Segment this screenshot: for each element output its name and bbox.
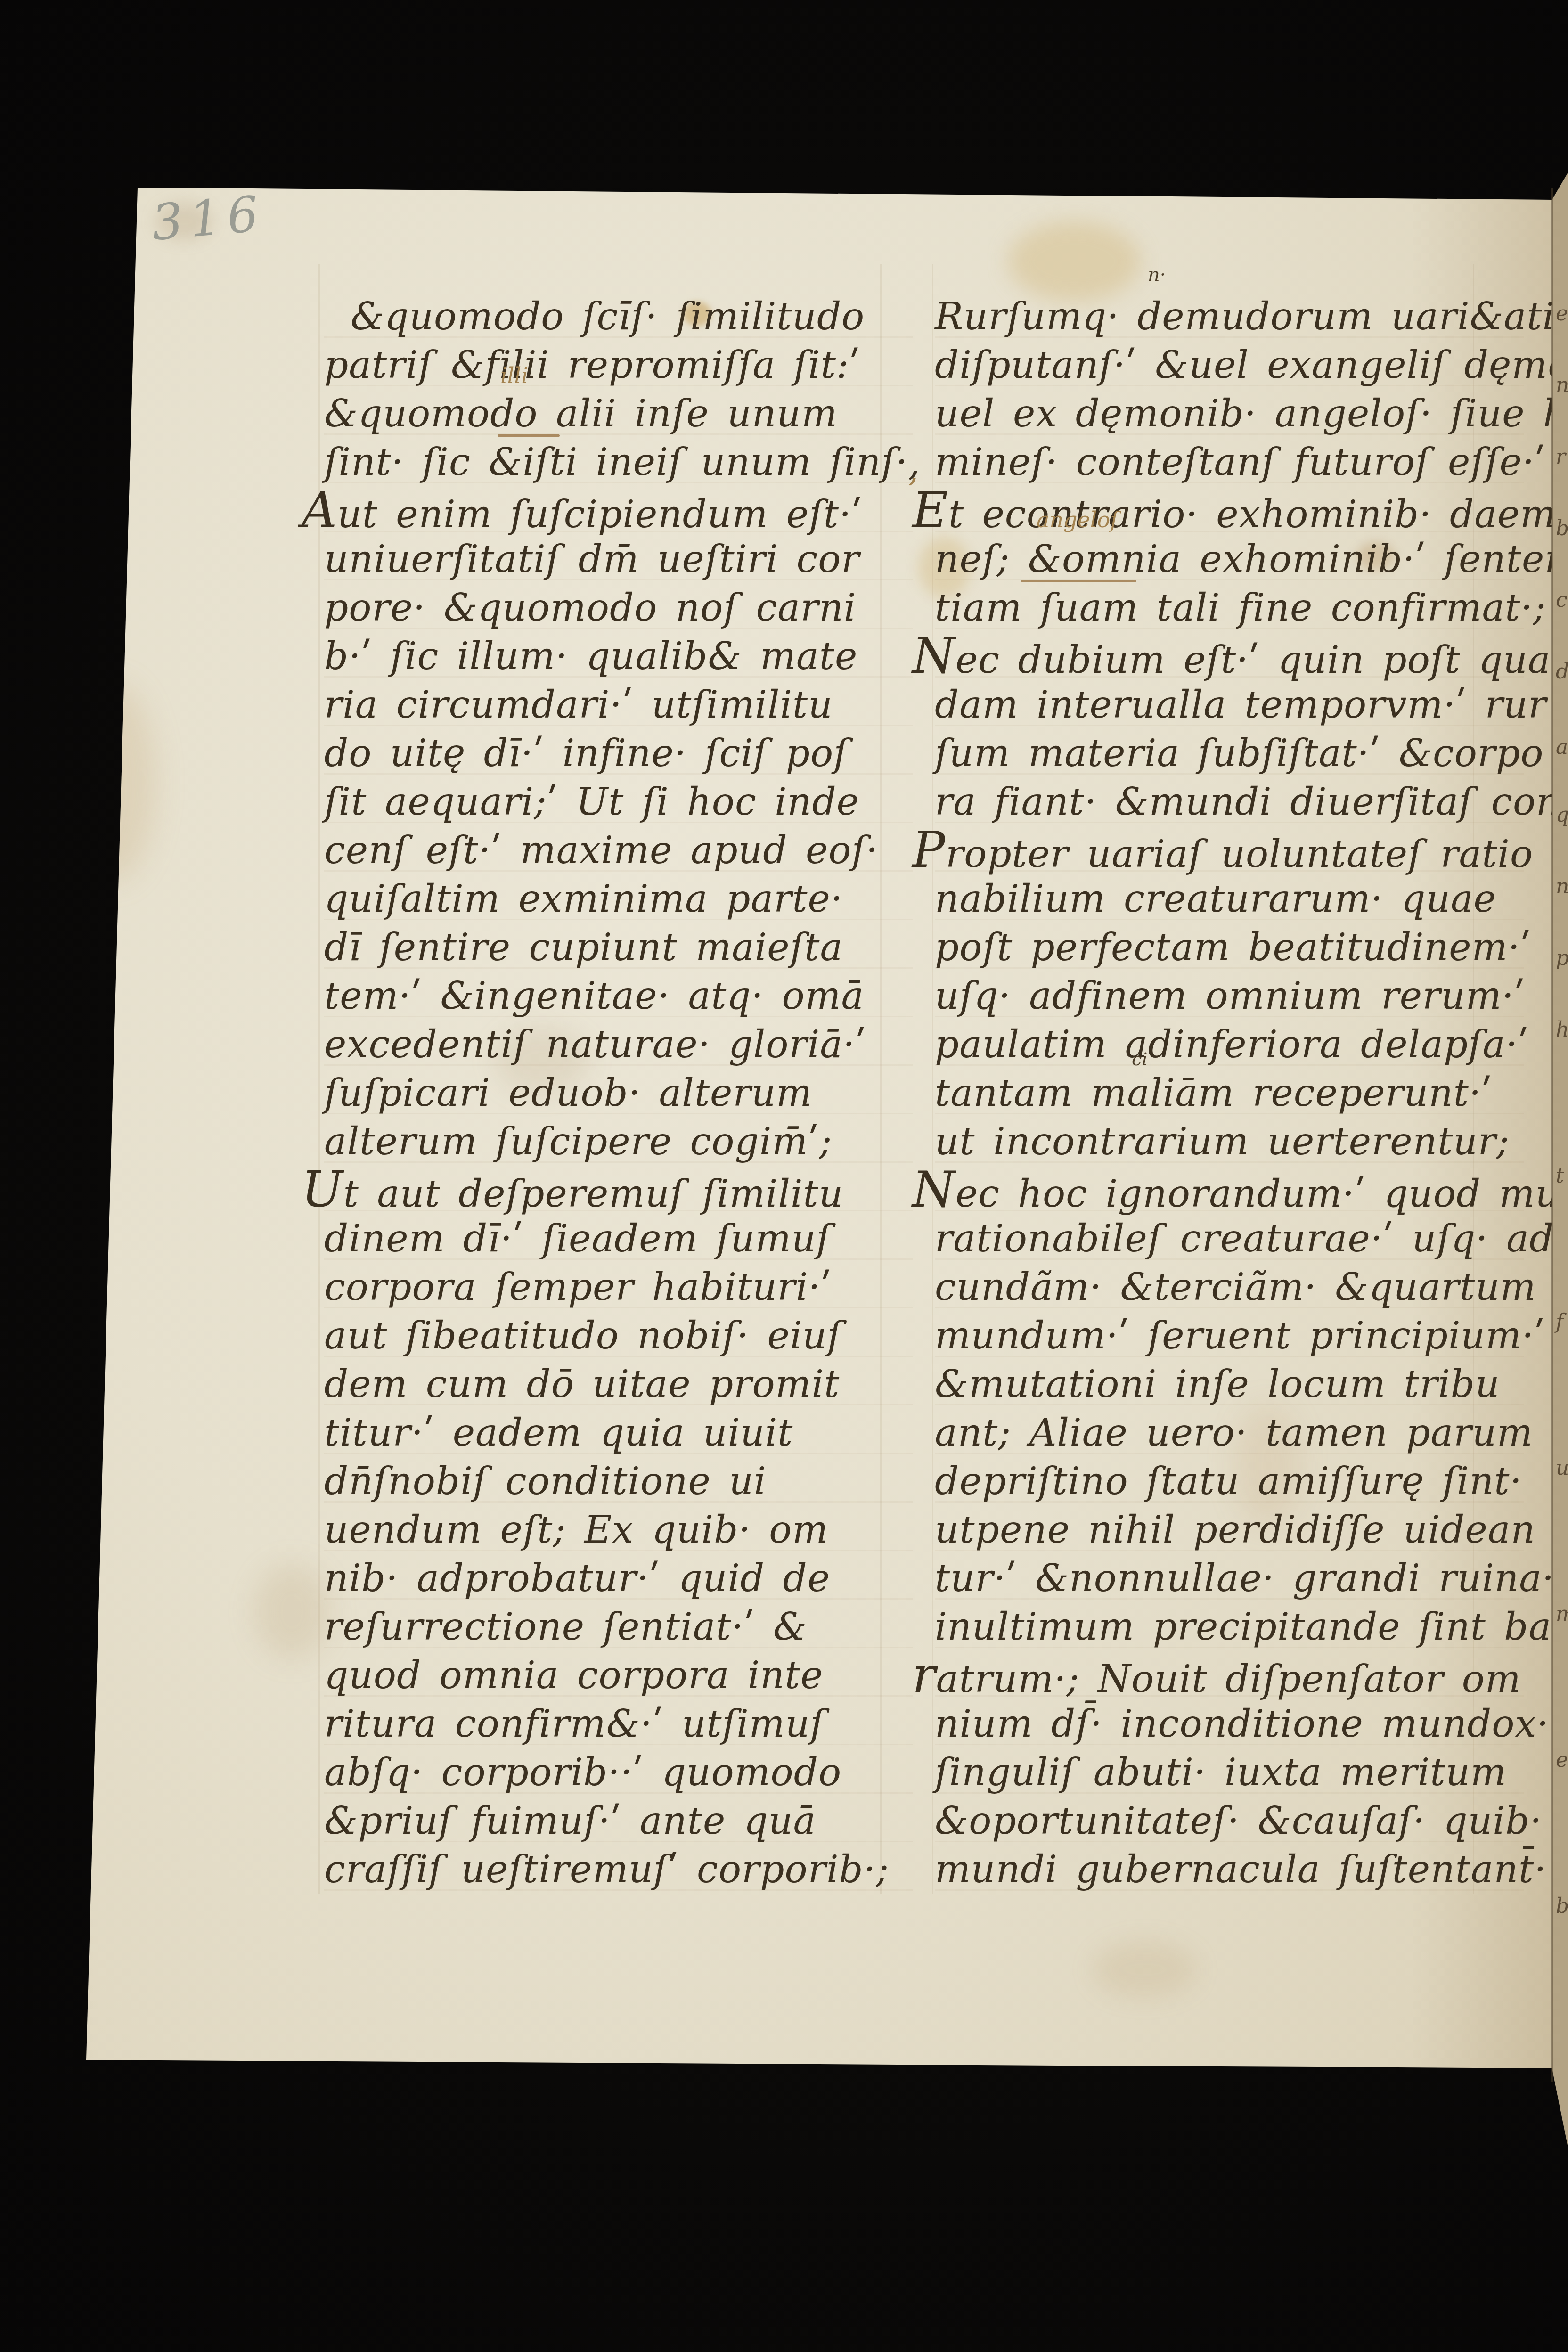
edge-letter-fragment: p: [1556, 946, 1568, 970]
stain: [71, 683, 155, 881]
manuscript-line: Nec hoc ignorandum·ʹ quod multę: [912, 1166, 1524, 1214]
edge-letter-fragment: b: [1556, 1894, 1568, 1918]
manuscript-line: tem·ʹ &ingenitae· atq· omā: [324, 972, 913, 1020]
manuscript-line: mundum·ʹ ſeruent principium·ʹ: [935, 1311, 1524, 1360]
manuscript-line: alterum ſuſcipere cogim̄ʹ;: [324, 1117, 913, 1166]
manuscript-line: Nec dubium eſt·ʹ quin poſt quae: [912, 632, 1524, 680]
manuscript-line: ſit aequari;ʹ Ut ſi hoc inde: [324, 777, 913, 826]
manuscript-line: uel ex dęmonib· angeloſ· ſiue ho: [935, 389, 1524, 438]
manuscript-line: do uitę dī·ʹ infine· ſciſ poſ: [324, 729, 913, 777]
edge-letter-fragment: f: [1556, 1310, 1563, 1334]
page-fold-shadow: [1551, 188, 1553, 2082]
manuscript-line: depriſtino ſtatu amiſſurę ſint·: [935, 1457, 1524, 1505]
manuscript-line: dem cum dō uitae promit: [324, 1360, 913, 1408]
manuscript-line: ut incontrarium uerterentur;: [935, 1117, 1524, 1166]
manuscript-line: mineſ· conteſtanſ futuroſ eſſe·ʹ: [935, 438, 1524, 486]
manuscript-line: diſputanſ·ʹ &uel exangeliſ dęmoneſ·: [935, 341, 1524, 389]
manuscript-line: pore· &quomodo noſ carni: [324, 583, 913, 632]
manuscript-line: poſt perfectam beatitudinem·ʹ: [935, 923, 1524, 972]
edge-letter-fragment: q: [1556, 803, 1568, 827]
manuscript-line: titur·ʹ eadem quia uiuit: [324, 1408, 913, 1457]
manuscript-line: ant; Aliae uero· tamen parum: [935, 1408, 1524, 1457]
manuscript-line: abſq· corporib··ʹ quomodo: [324, 1748, 913, 1797]
manuscript-line: ſinguliſ abuti· iuxta meritum: [935, 1748, 1524, 1797]
manuscript-line: nabilium creaturarum· quae: [935, 874, 1524, 923]
edge-letter-fragment: u: [1556, 1456, 1568, 1480]
interlinear-superscript-ci: ci: [1132, 1049, 1147, 1070]
manuscript-line: &quomodo alii inſe unum: [324, 389, 913, 438]
manuscript-line: ſint· ſic &iſti ineiſ unum ſinſ·,: [324, 438, 913, 486]
text-column-left: &quomodo ſcīſ· ſimilitudopatriſ &filii r…: [324, 292, 913, 1894]
interlinear-superscript-n: n·: [1148, 264, 1166, 286]
manuscript-line: uſq· adfinem omnium rerum·ʹ: [935, 972, 1524, 1020]
manuscript-line: patriſ &filii repromiſſa ſit:ʹ: [324, 341, 913, 389]
interlinear-correction-angelos: angeloſ: [1037, 507, 1118, 532]
manuscript-line: inultimum precipitande ſint ba: [935, 1602, 1524, 1651]
manuscript-line: &oportunitateſ· &cauſaſ· quib·: [935, 1797, 1524, 1845]
manuscript-line: utpene nihil perdidiſſe uidean: [935, 1505, 1524, 1554]
manuscript-line: excedentiſ naturae· gloriā·ʹ: [324, 1020, 913, 1069]
manuscript-line: cundãm· &terciãm· &quartum: [935, 1263, 1524, 1311]
manuscript-line: uendum eſt; Ex quib· om: [324, 1505, 913, 1554]
edge-letter-fragment: c: [1556, 588, 1568, 612]
text-column-right: Rurſumq· demudorum uari&atib·diſputanſ·ʹ…: [935, 292, 1524, 1894]
manuscript-line: Et econtrario· exhominib· daemo: [912, 486, 1524, 535]
edge-letter-fragment: b: [1556, 516, 1568, 540]
edge-letter-fragment: e: [1556, 1748, 1568, 1772]
manuscript-line: reſurrectione ſentiat·ʹ &: [324, 1602, 913, 1651]
manuscript-line: ra fiant· &mundi diuerſitaſ conſtruatʹ·,: [935, 777, 1524, 826]
manuscript-line: neſ; &omnia exhominib·ʹ ſenten: [935, 535, 1524, 583]
manuscript-line: cenſ eſt·ʹ maxime apud eoſ·: [324, 826, 913, 874]
manuscript-line: ratrum·; Nouit diſpenſator om: [912, 1651, 1524, 1699]
manuscript-line: dī ſentire cupiunt maieſta: [324, 923, 913, 972]
manuscript-line: Ut aut deſperemuſ ſimilitu: [302, 1166, 913, 1214]
manuscript-line: paulatim adinferiora delapſa·ʹ: [935, 1020, 1524, 1069]
manuscript-line: ria circumdari·ʹ utſimilitu: [324, 680, 913, 729]
manuscript-line: dam interualla temporvm·ʹ rur: [935, 680, 1524, 729]
manuscript-line: &priuſ fuimuſ·ʹ ante quā: [324, 1797, 913, 1845]
edge-letter-fragment: an: [1556, 735, 1568, 759]
manuscript-line: quod omnia corpora inte: [324, 1651, 913, 1699]
manuscript-line: Aut enim ſuſcipiendum eſt·ʹ: [302, 486, 913, 535]
manuscript-line: dinem dī·ʹ ſieadem ſumuſ: [324, 1214, 913, 1263]
stain: [1008, 221, 1140, 302]
edge-letter-fragment: n: [1556, 874, 1568, 898]
photograph-canvas: 316 &quomodo ſcīſ· ſimilitudopatriſ &fil…: [0, 0, 1568, 2352]
edge-letter-fragment: d: [1556, 660, 1568, 684]
interlinear-correction-illi: illi: [500, 363, 528, 388]
manuscript-line: nib· adprobatur·ʹ quid de: [324, 1554, 913, 1602]
underline-alii: [498, 434, 560, 437]
margin-comma-mark: ,: [908, 454, 918, 489]
manuscript-line: uniuerſitatiſ dm̄ ueſtiri cor: [324, 535, 913, 583]
manuscript-line: ſuſpicari eduob· alterum: [324, 1069, 913, 1117]
manuscript-line: dn̄ſnobiſ conditione ui: [324, 1457, 913, 1505]
edge-letter-fragment: h: [1556, 1018, 1568, 1042]
manuscript-line: tantam maliām receperunt·ʹ: [935, 1069, 1524, 1117]
edge-letter-fragment: n: [1556, 373, 1568, 397]
manuscript-page: 316 &quomodo ſcīſ· ſimilitudopatriſ &fil…: [0, 0, 1568, 2352]
folio-number: 316: [149, 185, 267, 252]
manuscript-line: Propter uariaſ uoluntateſ ratio: [912, 826, 1524, 874]
edge-letter-fragment: r: [1556, 445, 1566, 469]
manuscript-line: nium dſ̄· inconditione mundox·ʹ: [935, 1699, 1524, 1748]
manuscript-line: quiſaltim exminima parte·: [324, 874, 913, 923]
manuscript-line: aut ſibeatitudo nobiſ· eiuſ: [324, 1311, 913, 1360]
manuscript-line: rationabileſ creaturae·ʹ uſq· adſe: [935, 1214, 1524, 1263]
manuscript-line: ritura confirm&·ʹ utſimuſ: [324, 1699, 913, 1748]
manuscript-line: &mutationi inſe locum tribu: [935, 1360, 1524, 1408]
manuscript-line: b·ʹ ſic illum· qualib& mate: [324, 632, 913, 680]
manuscript-line: &quomodo ſcīſ· ſimilitudo: [351, 292, 913, 341]
manuscript-line: craſſiſ ueſtiremuſʹ corporib·;: [324, 1845, 913, 1894]
manuscript-line: Rurſumq· demudorum uari&atib·: [935, 292, 1524, 341]
edge-letter-fragment: m: [1556, 1602, 1568, 1626]
underline-omnia: [1021, 580, 1136, 582]
stain: [1093, 1941, 1197, 1998]
manuscript-line: corpora ſemper habituri·ʹ: [324, 1263, 913, 1311]
manuscript-line: tur·ʹ &nonnullae· grandi ruina·: [935, 1554, 1524, 1602]
manuscript-line: mundi gubernacula ſuſtentant̄·: [935, 1845, 1524, 1894]
manuscript-line: tiam ſuam tali fine confirmat·;: [935, 583, 1524, 632]
manuscript-line: ſum materia ſubſiſtat·ʹ &corpo: [935, 729, 1524, 777]
edge-letter-fragment: t: [1556, 1164, 1564, 1188]
edge-letter-fragment: e: [1556, 302, 1568, 326]
